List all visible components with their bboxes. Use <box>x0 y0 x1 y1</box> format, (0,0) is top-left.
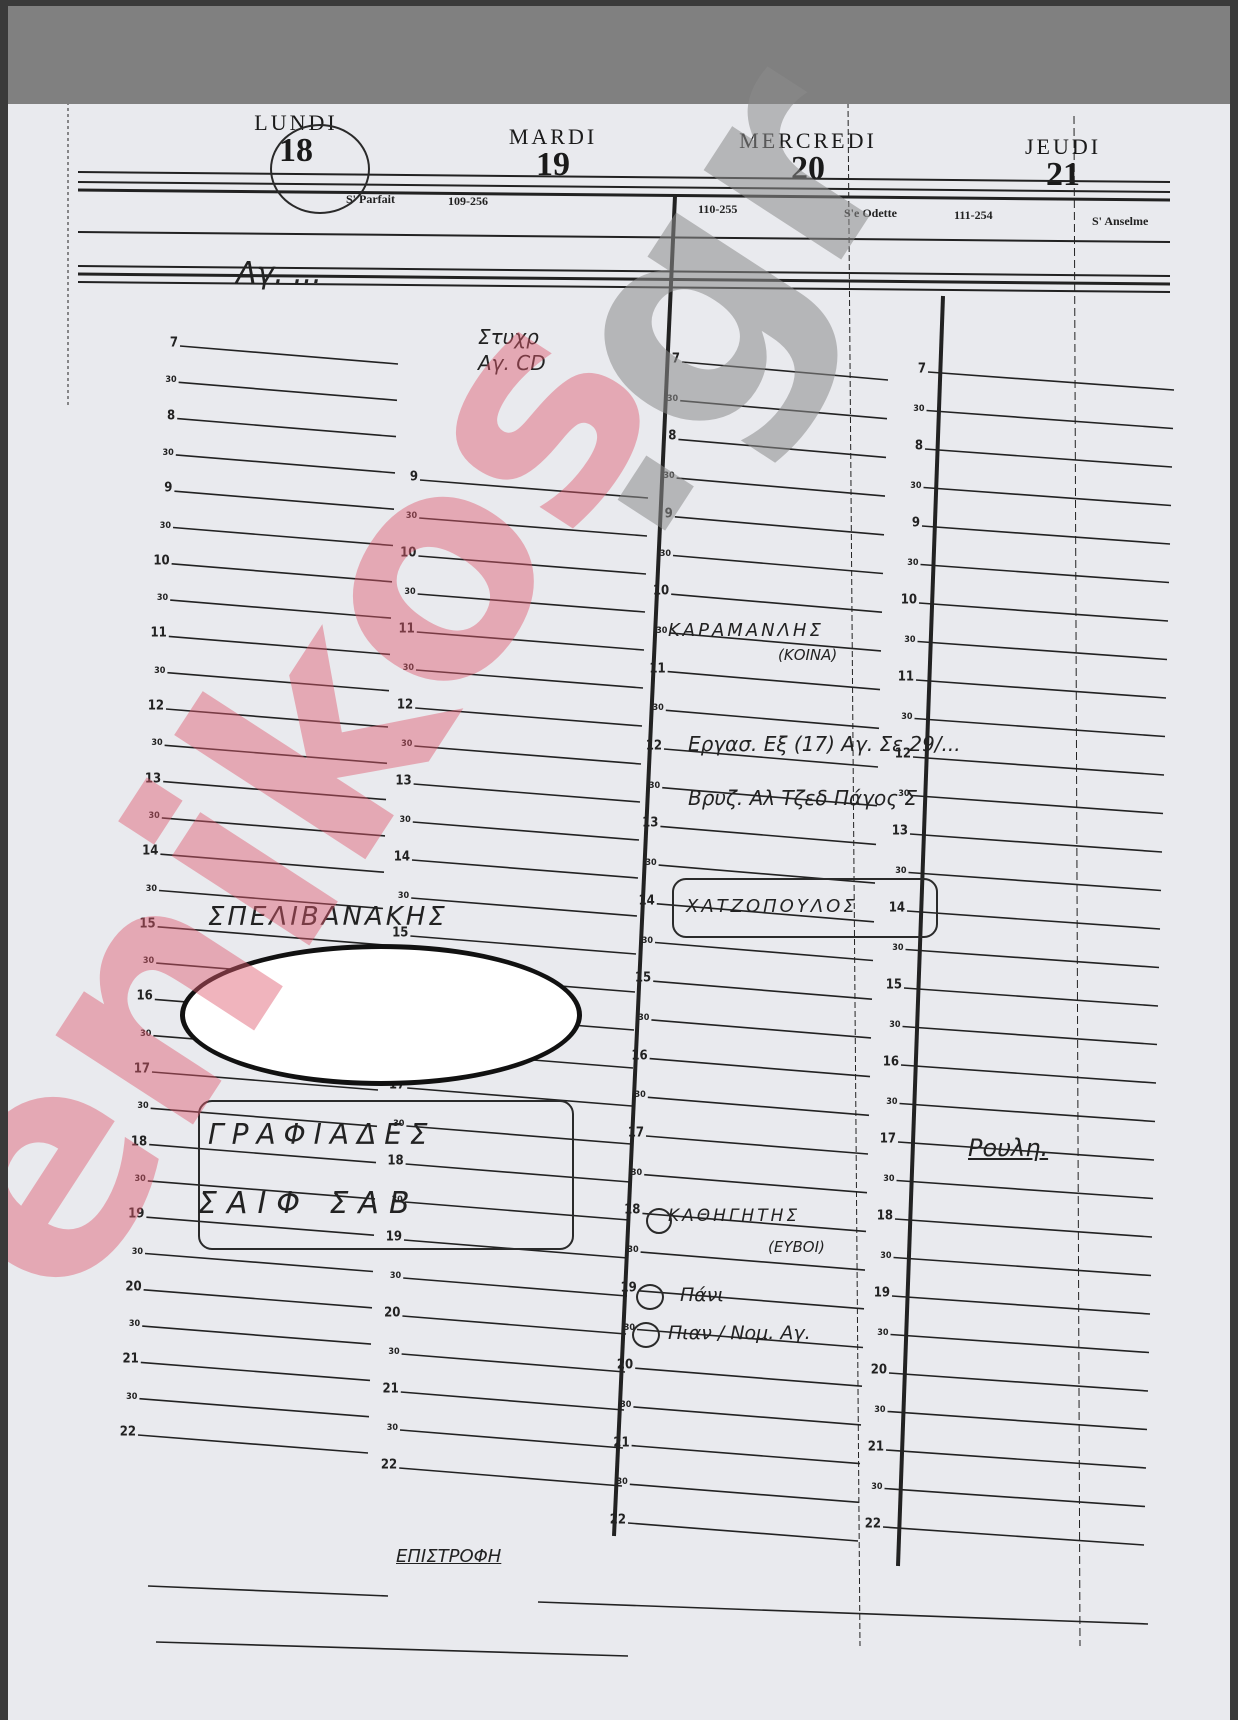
hour-label: 17 <box>134 1062 150 1077</box>
handwritten-note: (ΕΥΒΟΙ) <box>768 1238 825 1256</box>
hour-label: 22 <box>865 1517 881 1532</box>
hour-label: 30 <box>877 1328 888 1338</box>
hour-label: 20 <box>125 1279 141 1294</box>
hour-label: 30 <box>165 375 176 385</box>
hour-label: 30 <box>892 943 903 953</box>
hour-label: 21 <box>383 1382 399 1397</box>
diary-page: LUNDI 18 MARDI 19 MERCREDI 20 JEUDI 21 S… <box>8 6 1230 1720</box>
handwritten-note: ΧΑΤΖΟΠΟΥΛΟΣ <box>686 896 858 917</box>
hour-label: 9 <box>912 516 920 531</box>
hour-label: 18 <box>624 1203 640 1218</box>
handwritten-struck-note: Στυχρ Αγ. CD <box>478 324 568 376</box>
handwritten-note: ΓΡΑΦΙΑΔΕΣ <box>208 1118 436 1151</box>
hour-label: 7 <box>672 352 680 367</box>
hour-label: 30 <box>400 815 411 825</box>
hour-label: 8 <box>915 439 923 454</box>
hour-label: 22 <box>610 1513 626 1528</box>
hour-label: 15 <box>886 978 902 993</box>
hour-label: 9 <box>164 481 172 496</box>
hour-label: 16 <box>631 1048 647 1063</box>
hour-label: 30 <box>886 1097 897 1107</box>
hour-label: 22 <box>120 1425 136 1440</box>
hour-label: 14 <box>142 844 158 859</box>
hour-label: 30 <box>904 635 915 645</box>
hour-label: 20 <box>384 1306 400 1321</box>
hour-label: 18 <box>877 1209 893 1224</box>
hour-label: 30 <box>137 1101 148 1111</box>
hour-label: 30 <box>913 404 924 414</box>
handwritten-note: ΚΑΘΗΓΗΤΗΣ <box>668 1206 800 1226</box>
hour-label: 30 <box>403 663 414 673</box>
hour-label: 30 <box>871 1482 882 1492</box>
hour-label: 21 <box>868 1440 884 1455</box>
hour-label: 30 <box>649 781 660 791</box>
handwritten-note: Ρουλη. <box>968 1134 1048 1162</box>
hour-label: 30 <box>140 1029 151 1039</box>
hour-label: 30 <box>620 1400 631 1410</box>
hour-label: 30 <box>642 936 653 946</box>
hour-label: 12 <box>646 739 662 754</box>
hour-label: 10 <box>153 553 169 568</box>
hour-label: 17 <box>880 1132 896 1147</box>
hour-label: 30 <box>388 1347 399 1357</box>
hour-label: 15 <box>635 971 651 986</box>
hour-label: 30 <box>387 1423 398 1433</box>
circled-time-marker <box>646 1208 672 1234</box>
hour-label: 30 <box>663 471 674 481</box>
hour-label: 20 <box>617 1358 633 1373</box>
hour-label: 13 <box>395 774 411 789</box>
hour-label: 21 <box>123 1352 139 1367</box>
hour-label: 30 <box>398 891 409 901</box>
handwritten-note: ΣΑΙΦ ΣΑΒ <box>198 1186 420 1221</box>
hour-label: 30 <box>151 738 162 748</box>
hour-label: 8 <box>668 429 676 444</box>
hour-label: 30 <box>617 1477 628 1487</box>
hour-label: 11 <box>151 626 167 641</box>
hour-label: 15 <box>139 916 155 931</box>
hour-label: 30 <box>631 1168 642 1178</box>
hour-label: 30 <box>667 394 678 404</box>
hour-label: 30 <box>660 549 671 559</box>
hour-label: 22 <box>381 1458 397 1473</box>
hour-label: 30 <box>390 1271 401 1281</box>
hour-label: 30 <box>627 1245 638 1255</box>
hour-label: 30 <box>907 558 918 568</box>
hour-label: 30 <box>901 712 912 722</box>
hour-label: 30 <box>883 1174 894 1184</box>
hour-label: 30 <box>638 1013 649 1023</box>
hour-label: 30 <box>126 1392 137 1402</box>
handwritten-note: ΕΠΙΣΤΡΟΦΗ <box>396 1546 501 1567</box>
hour-label: 30 <box>635 1090 646 1100</box>
hour-label: 30 <box>135 1174 146 1184</box>
hour-label: 30 <box>889 1020 900 1030</box>
hour-label: 13 <box>145 771 161 786</box>
hour-label: 9 <box>410 470 418 485</box>
hour-label: 12 <box>397 698 413 713</box>
hour-label: 10 <box>400 546 416 561</box>
hour-label: 30 <box>406 511 417 521</box>
hour-label: 7 <box>918 362 926 377</box>
diary-ruling <box>8 6 1230 1720</box>
hour-label: 16 <box>883 1055 899 1070</box>
hour-label: 30 <box>146 884 157 894</box>
hour-label: 30 <box>645 858 656 868</box>
redaction-ellipse <box>180 944 582 1086</box>
handwritten-note: ΚΑΡΑΜΑΝΛΗΣ <box>668 620 824 641</box>
hour-label: 18 <box>131 1134 147 1149</box>
hour-label: 30 <box>874 1405 885 1415</box>
hour-label: 7 <box>170 336 178 351</box>
hour-label: 30 <box>656 626 667 636</box>
hour-label: 30 <box>653 703 664 713</box>
hour-label: 11 <box>399 622 415 637</box>
hour-label: 14 <box>394 850 410 865</box>
hour-label: 30 <box>129 1319 140 1329</box>
handwritten-note: Αγ. ... <box>236 256 322 291</box>
hour-label: 16 <box>137 989 153 1004</box>
circle-date-mark <box>270 124 370 214</box>
hour-label: 30 <box>401 739 412 749</box>
hour-label: 21 <box>613 1435 629 1450</box>
handwritten-note: (ΚΟΙΝΑ) <box>778 646 837 664</box>
hour-label: 14 <box>639 893 655 908</box>
handwritten-note: Πιαν / Νομ. Αγ. <box>668 1322 811 1344</box>
hour-label: 10 <box>653 584 669 599</box>
hour-label: 11 <box>649 661 665 676</box>
handwritten-note: Βρυζ. Αλ Τζεδ Πάγος Σ <box>688 786 917 810</box>
hour-label: 30 <box>404 587 415 597</box>
hour-label: 30 <box>154 666 165 676</box>
circled-time-marker <box>636 1284 664 1310</box>
hour-label: 20 <box>871 1363 887 1378</box>
redaction-bar <box>8 6 1230 104</box>
hour-label: 19 <box>621 1280 637 1295</box>
handwritten-note: Εργασ. Εξ (17) Αγ. Σε 29/... <box>688 732 961 756</box>
hour-label: 9 <box>665 506 673 521</box>
hour-label: 30 <box>132 1247 143 1257</box>
circled-time-marker <box>632 1322 660 1348</box>
hour-label: 30 <box>895 866 906 876</box>
hour-label: 19 <box>128 1207 144 1222</box>
hour-label: 10 <box>901 593 917 608</box>
hour-label: 30 <box>163 448 174 458</box>
hour-label: 30 <box>149 811 160 821</box>
hour-label: 19 <box>874 1286 890 1301</box>
hour-label: 30 <box>880 1251 891 1261</box>
hour-label: 30 <box>157 593 168 603</box>
hour-label: 12 <box>148 699 164 714</box>
hour-label: 30 <box>910 481 921 491</box>
handwritten-note: ΣΠΕΛΙΒΑΝΑΚΗΣ <box>208 902 448 932</box>
hour-label: 13 <box>642 816 658 831</box>
hour-label: 13 <box>892 824 908 839</box>
hour-label: 11 <box>898 670 914 685</box>
handwritten-note: Πάνι <box>680 1284 724 1306</box>
hour-label: 8 <box>167 408 175 423</box>
hour-label: 30 <box>160 521 171 531</box>
hour-label: 30 <box>143 956 154 966</box>
hour-label: 17 <box>628 1126 644 1141</box>
